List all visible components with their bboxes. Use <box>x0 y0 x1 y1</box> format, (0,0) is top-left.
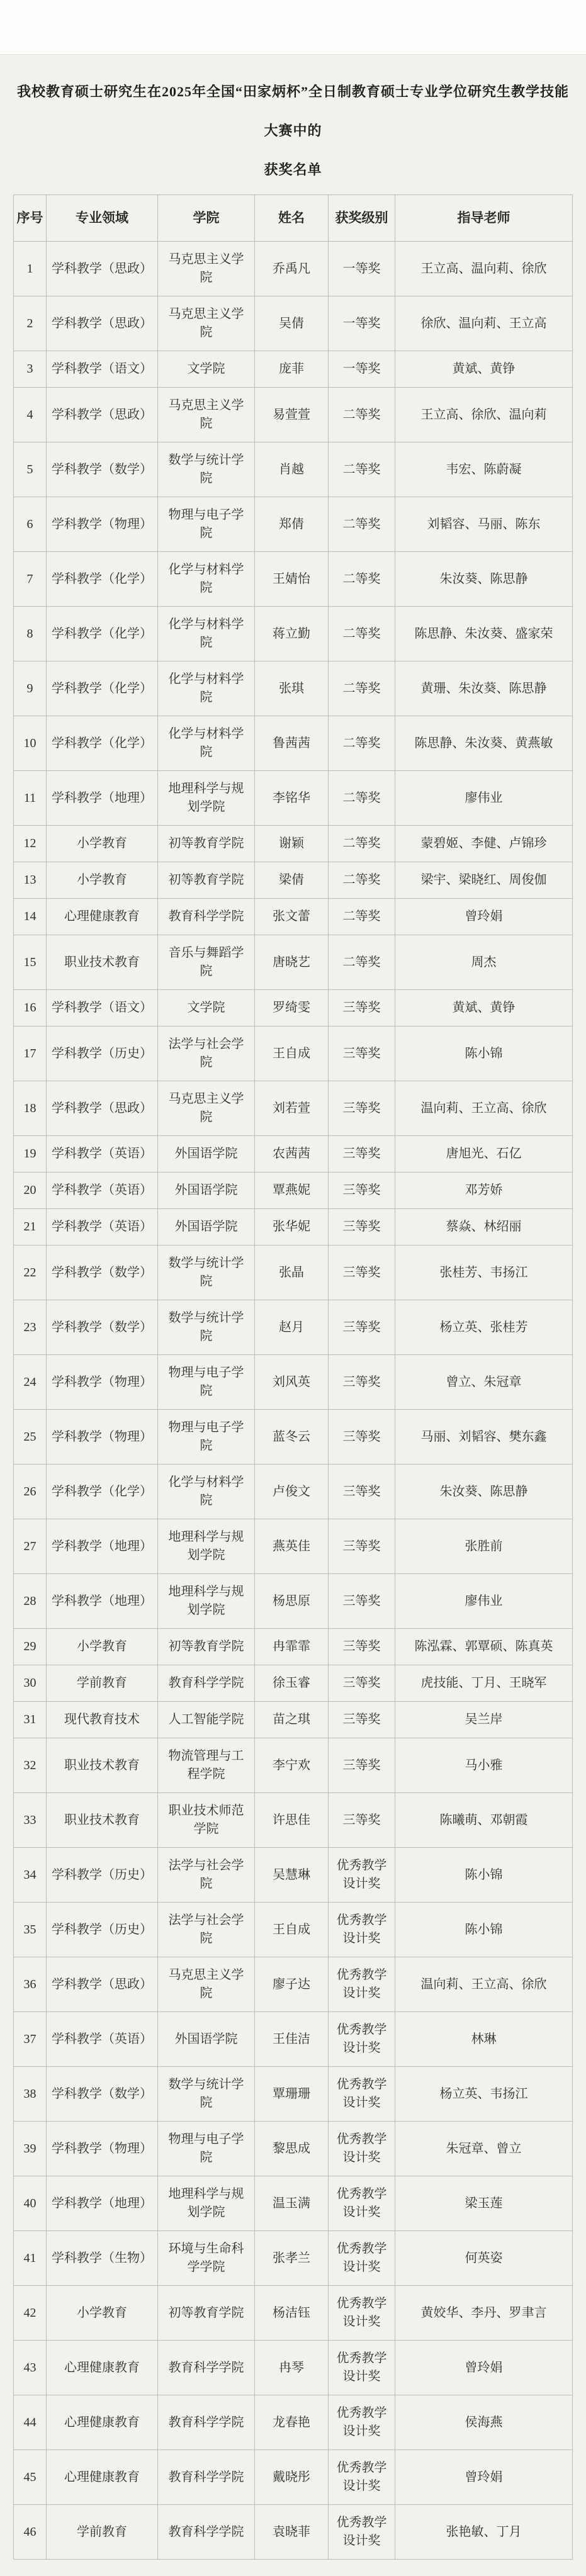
table-header-row: 序号专业领域学院姓名获奖级别指导老师 <box>14 195 573 242</box>
table-row: 31现代教育技术人工智能学院苗之琪三等奖吴兰岸 <box>14 1702 573 1738</box>
cell-index: 17 <box>14 1026 47 1081</box>
cell-index: 29 <box>14 1629 47 1665</box>
cell-college: 地理科学与规划学院 <box>158 771 255 826</box>
cell-advisors: 温向莉、王立高、徐欣 <box>395 1957 573 2012</box>
cell-advisors: 王立高、温向莉、徐欣 <box>395 242 573 296</box>
cell-field: 小学教育 <box>47 1629 158 1665</box>
cell-award: 二等奖 <box>329 607 395 661</box>
cell-field: 学科教学（化学） <box>47 661 158 716</box>
cell-name: 龙春艳 <box>255 2395 329 2450</box>
cell-index: 14 <box>14 899 47 935</box>
cell-college: 教育科学学院 <box>158 2341 255 2395</box>
cell-award: 三等奖 <box>329 1738 395 1793</box>
cell-advisors: 黄斌、黄铮 <box>395 351 573 388</box>
cell-advisors: 廖伟业 <box>395 771 573 826</box>
table-row: 29小学教育初等教育学院冉霏霏三等奖陈泓霖、郭覃硕、陈真英 <box>14 1629 573 1665</box>
cell-index: 37 <box>14 2012 47 2067</box>
cell-advisors: 刘韬容、马丽、陈东 <box>395 497 573 552</box>
cell-name: 冉霏霏 <box>255 1629 329 1665</box>
cell-name: 卢俊文 <box>255 1465 329 1519</box>
cell-index: 21 <box>14 1209 47 1246</box>
cell-college: 法学与社会学院 <box>158 1848 255 1903</box>
cell-name: 杨洁钰 <box>255 2286 329 2341</box>
table-row: 43心理健康教育教育科学学院冉琴优秀教学设计奖曾玲娟 <box>14 2341 573 2395</box>
awards-table: 序号专业领域学院姓名获奖级别指导老师 1学科教学（思政）马克思主义学院乔禹凡一等… <box>13 194 573 2560</box>
cell-college: 数学与统计学院 <box>158 1300 255 1355</box>
cell-college: 法学与社会学院 <box>158 1026 255 1081</box>
cell-award: 三等奖 <box>329 1519 395 1574</box>
cell-college: 物理与电子学院 <box>158 1410 255 1465</box>
cell-field: 心理健康教育 <box>47 2395 158 2450</box>
cell-name: 张华妮 <box>255 1209 329 1246</box>
cell-field: 学科教学（地理） <box>47 1574 158 1629</box>
cell-award: 二等奖 <box>329 552 395 607</box>
cell-advisors: 曾玲娟 <box>395 2450 573 2505</box>
cell-college: 化学与材料学院 <box>158 716 255 771</box>
cell-college: 化学与材料学院 <box>158 1465 255 1519</box>
table-row: 7学科教学（化学）化学与材料学院王婧怡二等奖朱汝葵、陈思静 <box>14 552 573 607</box>
cell-award: 二等奖 <box>329 771 395 826</box>
cell-field: 职业技术教育 <box>47 1738 158 1793</box>
cell-field: 学科教学（语文） <box>47 351 158 388</box>
cell-college: 马克思主义学院 <box>158 388 255 442</box>
cell-award: 优秀教学设计奖 <box>329 1848 395 1903</box>
cell-award: 优秀教学设计奖 <box>329 2122 395 2176</box>
cell-index: 6 <box>14 497 47 552</box>
table-row: 14心理健康教育教育科学学院张文蕾二等奖曾玲娟 <box>14 899 573 935</box>
cell-advisors: 邓芳娇 <box>395 1173 573 1209</box>
cell-name: 王佳洁 <box>255 2012 329 2067</box>
cell-advisors: 黄姣华、李丹、罗聿言 <box>395 2286 573 2341</box>
table-row: 21学科教学（英语）外国语学院张华妮三等奖蔡焱、林绍丽 <box>14 1209 573 1246</box>
cell-index: 13 <box>14 862 47 899</box>
cell-advisors: 蔡焱、林绍丽 <box>395 1209 573 1246</box>
cell-college: 职业技术师范学院 <box>158 1793 255 1848</box>
cell-index: 1 <box>14 242 47 296</box>
cell-index: 41 <box>14 2231 47 2286</box>
cell-index: 7 <box>14 552 47 607</box>
table-row: 4学科教学（思政）马克思主义学院易萱萱二等奖王立高、徐欣、温向莉 <box>14 388 573 442</box>
cell-advisors: 朱冠章、曾立 <box>395 2122 573 2176</box>
cell-index: 4 <box>14 388 47 442</box>
cell-index: 43 <box>14 2341 47 2395</box>
cell-advisors: 蒙碧姬、李健、卢锦珍 <box>395 826 573 862</box>
table-row: 33职业技术教育职业技术师范学院许思佳三等奖陈曦萌、邓朝霞 <box>14 1793 573 1848</box>
cell-index: 5 <box>14 442 47 497</box>
cell-name: 郑倩 <box>255 497 329 552</box>
cell-index: 2 <box>14 296 47 351</box>
cell-field: 学科教学（物理） <box>47 2122 158 2176</box>
cell-award: 优秀教学设计奖 <box>329 2012 395 2067</box>
cell-advisors: 杨立英、韦扬江 <box>395 2067 573 2122</box>
cell-index: 44 <box>14 2395 47 2450</box>
cell-advisors: 林琳 <box>395 2012 573 2067</box>
cell-name: 农茜茜 <box>255 1136 329 1173</box>
header-cell-name: 姓名 <box>255 195 329 242</box>
cell-college: 教育科学学院 <box>158 2395 255 2450</box>
cell-advisors: 陈小锦 <box>395 1848 573 1903</box>
document-title-line1: 我校教育硕士研究生在2025年全国“田家炳杯”全日制教育硕士专业学位研究生教学技… <box>14 72 573 150</box>
document-title-line2: 获奖名单 <box>14 150 573 189</box>
cell-field: 学科教学（思政） <box>47 388 158 442</box>
cell-award: 优秀教学设计奖 <box>329 2286 395 2341</box>
cell-field: 学科教学（历史） <box>47 1903 158 1957</box>
cell-advisors: 马小雅 <box>395 1738 573 1793</box>
cell-name: 张琪 <box>255 661 329 716</box>
cell-field: 学科教学（英语） <box>47 1173 158 1209</box>
cell-advisors: 张桂芳、韦扬江 <box>395 1246 573 1300</box>
cell-field: 学科教学（思政） <box>47 242 158 296</box>
cell-award: 二等奖 <box>329 935 395 990</box>
cell-college: 初等教育学院 <box>158 826 255 862</box>
cell-field: 学科教学（化学） <box>47 552 158 607</box>
cell-name: 许思佳 <box>255 1793 329 1848</box>
header-cell-college: 学院 <box>158 195 255 242</box>
cell-name: 廖子达 <box>255 1957 329 2012</box>
table-row: 8学科教学（化学）化学与材料学院蒋立勤二等奖陈思静、朱汝葵、盛家荣 <box>14 607 573 661</box>
cell-college: 数学与统计学院 <box>158 2067 255 2122</box>
table-row: 30学前教育教育科学学院徐玉睿三等奖虎技能、丁月、王晓军 <box>14 1665 573 1702</box>
cell-name: 袁晓菲 <box>255 2505 329 2560</box>
cell-field: 心理健康教育 <box>47 899 158 935</box>
cell-field: 学科教学（思政） <box>47 1957 158 2012</box>
table-row: 46学前教育教育科学学院袁晓菲优秀教学设计奖张艳敏、丁月 <box>14 2505 573 2560</box>
cell-award: 三等奖 <box>329 1136 395 1173</box>
cell-award: 三等奖 <box>329 990 395 1026</box>
cell-award: 二等奖 <box>329 826 395 862</box>
cell-field: 学科教学（化学） <box>47 1465 158 1519</box>
table-row: 3学科教学（语文）文学院庞菲一等奖黄斌、黄铮 <box>14 351 573 388</box>
cell-name: 张孝兰 <box>255 2231 329 2286</box>
cell-index: 39 <box>14 2122 47 2176</box>
cell-advisors: 周杰 <box>395 935 573 990</box>
cell-award: 一等奖 <box>329 296 395 351</box>
cell-advisors: 黄珊、朱汝葵、陈思静 <box>395 661 573 716</box>
table-row: 16学科教学（语文）文学院罗绮雯三等奖黄斌、黄铮 <box>14 990 573 1026</box>
cell-college: 马克思主义学院 <box>158 296 255 351</box>
cell-award: 优秀教学设计奖 <box>329 2067 395 2122</box>
cell-name: 吴倩 <box>255 296 329 351</box>
cell-college: 文学院 <box>158 351 255 388</box>
cell-college: 文学院 <box>158 990 255 1026</box>
table-row: 45心理健康教育教育科学学院戴晓彤优秀教学设计奖曾玲娟 <box>14 2450 573 2505</box>
cell-college: 教育科学学院 <box>158 2505 255 2560</box>
table-row: 40学科教学（地理）地理科学与规划学院温玉满优秀教学设计奖梁玉莲 <box>14 2176 573 2231</box>
cell-college: 物流管理与工程学院 <box>158 1738 255 1793</box>
cell-name: 徐玉睿 <box>255 1665 329 1702</box>
cell-award: 二等奖 <box>329 661 395 716</box>
cell-index: 20 <box>14 1173 47 1209</box>
cell-advisors: 陈小锦 <box>395 1026 573 1081</box>
top-margin-strip <box>0 0 586 54</box>
cell-index: 30 <box>14 1665 47 1702</box>
cell-index: 12 <box>14 826 47 862</box>
cell-index: 9 <box>14 661 47 716</box>
cell-award: 三等奖 <box>329 1355 395 1410</box>
table-row: 24学科教学（物理）物理与电子学院刘风英三等奖曾立、朱冠章 <box>14 1355 573 1410</box>
cell-award: 二等奖 <box>329 716 395 771</box>
cell-college: 马克思主义学院 <box>158 242 255 296</box>
cell-college: 外国语学院 <box>158 1173 255 1209</box>
cell-advisors: 梁玉莲 <box>395 2176 573 2231</box>
cell-college: 地理科学与规划学院 <box>158 2176 255 2231</box>
cell-college: 初等教育学院 <box>158 862 255 899</box>
cell-college: 物理与电子学院 <box>158 2122 255 2176</box>
cell-index: 8 <box>14 607 47 661</box>
cell-field: 学科教学（语文） <box>47 990 158 1026</box>
cell-index: 38 <box>14 2067 47 2122</box>
cell-field: 学科教学（物理） <box>47 1410 158 1465</box>
cell-college: 外国语学院 <box>158 1209 255 1246</box>
cell-college: 教育科学学院 <box>158 1665 255 1702</box>
cell-name: 蒋立勤 <box>255 607 329 661</box>
cell-index: 19 <box>14 1136 47 1173</box>
cell-college: 音乐与舞蹈学院 <box>158 935 255 990</box>
cell-index: 18 <box>14 1081 47 1136</box>
cell-award: 三等奖 <box>329 1702 395 1738</box>
table-row: 34学科教学（历史）法学与社会学院吴慧琳优秀教学设计奖陈小锦 <box>14 1848 573 1903</box>
cell-field: 学科教学（数学） <box>47 1246 158 1300</box>
cell-index: 42 <box>14 2286 47 2341</box>
cell-award: 优秀教学设计奖 <box>329 1957 395 2012</box>
cell-college: 马克思主义学院 <box>158 1081 255 1136</box>
cell-advisors: 吴兰岸 <box>395 1702 573 1738</box>
cell-index: 32 <box>14 1738 47 1793</box>
table-row: 13小学教育初等教育学院梁倩二等奖梁宇、梁晓红、周俊伽 <box>14 862 573 899</box>
cell-name: 蓝冬云 <box>255 1410 329 1465</box>
cell-award: 二等奖 <box>329 388 395 442</box>
cell-name: 唐晓艺 <box>255 935 329 990</box>
cell-award: 一等奖 <box>329 242 395 296</box>
cell-name: 王自成 <box>255 1026 329 1081</box>
cell-college: 初等教育学院 <box>158 2286 255 2341</box>
table-row: 11学科教学（地理）地理科学与规划学院李铭华二等奖廖伟业 <box>14 771 573 826</box>
cell-field: 学科教学（数学） <box>47 2067 158 2122</box>
table-row: 26学科教学（化学）化学与材料学院卢俊文三等奖朱汝葵、陈思静 <box>14 1465 573 1519</box>
table-row: 12小学教育初等教育学院谢颖二等奖蒙碧姬、李健、卢锦珍 <box>14 826 573 862</box>
header-cell-advisors: 指导老师 <box>395 195 573 242</box>
cell-name: 乔禹凡 <box>255 242 329 296</box>
cell-index: 22 <box>14 1246 47 1300</box>
cell-award: 三等奖 <box>329 1246 395 1300</box>
table-row: 39学科教学（物理）物理与电子学院黎思成优秀教学设计奖朱冠章、曾立 <box>14 2122 573 2176</box>
cell-award: 三等奖 <box>329 1629 395 1665</box>
cell-name: 冉琴 <box>255 2341 329 2395</box>
cell-name: 赵月 <box>255 1300 329 1355</box>
cell-advisors: 张胜前 <box>395 1519 573 1574</box>
cell-award: 三等奖 <box>329 1081 395 1136</box>
cell-award: 优秀教学设计奖 <box>329 2231 395 2286</box>
cell-index: 46 <box>14 2505 47 2560</box>
cell-award: 优秀教学设计奖 <box>329 1903 395 1957</box>
cell-name: 谢颖 <box>255 826 329 862</box>
cell-index: 36 <box>14 1957 47 2012</box>
cell-index: 10 <box>14 716 47 771</box>
cell-field: 学科教学（化学） <box>47 607 158 661</box>
cell-index: 16 <box>14 990 47 1026</box>
cell-award: 三等奖 <box>329 1793 395 1848</box>
document-paper: 我校教育硕士研究生在2025年全国“田家炳杯”全日制教育硕士专业学位研究生教学技… <box>0 54 586 2576</box>
header-cell-award: 获奖级别 <box>329 195 395 242</box>
cell-award: 优秀教学设计奖 <box>329 2341 395 2395</box>
cell-field: 职业技术教育 <box>47 1793 158 1848</box>
cell-advisors: 唐旭光、石亿 <box>395 1136 573 1173</box>
cell-field: 学科教学（数学） <box>47 442 158 497</box>
table-row: 1学科教学（思政）马克思主义学院乔禹凡一等奖王立高、温向莉、徐欣 <box>14 242 573 296</box>
table-row: 27学科教学（地理）地理科学与规划学院燕英佳三等奖张胜前 <box>14 1519 573 1574</box>
cell-award: 三等奖 <box>329 1465 395 1519</box>
cell-field: 学科教学（英语） <box>47 2012 158 2067</box>
cell-name: 易萱萱 <box>255 388 329 442</box>
cell-name: 覃珊珊 <box>255 2067 329 2122</box>
cell-college: 化学与材料学院 <box>158 661 255 716</box>
cell-college: 物理与电子学院 <box>158 497 255 552</box>
document-title: 我校教育硕士研究生在2025年全国“田家炳杯”全日制教育硕士专业学位研究生教学技… <box>14 55 573 189</box>
cell-award: 二等奖 <box>329 899 395 935</box>
cell-college: 教育科学学院 <box>158 899 255 935</box>
table-row: 19学科教学（英语）外国语学院农茜茜三等奖唐旭光、石亿 <box>14 1136 573 1173</box>
table-row: 5学科教学（数学）数学与统计学院肖越二等奖韦宏、陈蔚凝 <box>14 442 573 497</box>
cell-name: 张晶 <box>255 1246 329 1300</box>
cell-index: 31 <box>14 1702 47 1738</box>
cell-index: 34 <box>14 1848 47 1903</box>
cell-index: 15 <box>14 935 47 990</box>
cell-award: 三等奖 <box>329 1026 395 1081</box>
cell-college: 外国语学院 <box>158 2012 255 2067</box>
cell-name: 鲁茜茜 <box>255 716 329 771</box>
cell-college: 数学与统计学院 <box>158 442 255 497</box>
cell-award: 优秀教学设计奖 <box>329 2176 395 2231</box>
cell-name: 戴晓彤 <box>255 2450 329 2505</box>
cell-index: 33 <box>14 1793 47 1848</box>
cell-advisors: 朱汝葵、陈思静 <box>395 552 573 607</box>
cell-advisors: 陈思静、朱汝葵、盛家荣 <box>395 607 573 661</box>
header-cell-index: 序号 <box>14 195 47 242</box>
cell-field: 心理健康教育 <box>47 2341 158 2395</box>
table-row: 6学科教学（物理）物理与电子学院郑倩二等奖刘韬容、马丽、陈东 <box>14 497 573 552</box>
cell-field: 现代教育技术 <box>47 1702 158 1738</box>
cell-advisors: 虎技能、丁月、王晓军 <box>395 1665 573 1702</box>
cell-advisors: 朱汝葵、陈思静 <box>395 1465 573 1519</box>
table-row: 9学科教学（化学）化学与材料学院张琪二等奖黄珊、朱汝葵、陈思静 <box>14 661 573 716</box>
cell-name: 庞菲 <box>255 351 329 388</box>
cell-field: 学科教学（地理） <box>47 2176 158 2231</box>
cell-index: 25 <box>14 1410 47 1465</box>
table-row: 44心理健康教育教育科学学院龙春艳优秀教学设计奖侯海燕 <box>14 2395 573 2450</box>
cell-advisors: 廖伟业 <box>395 1574 573 1629</box>
cell-index: 26 <box>14 1465 47 1519</box>
cell-award: 三等奖 <box>329 1665 395 1702</box>
cell-college: 初等教育学院 <box>158 1629 255 1665</box>
cell-college: 外国语学院 <box>158 1136 255 1173</box>
cell-index: 24 <box>14 1355 47 1410</box>
cell-field: 小学教育 <box>47 2286 158 2341</box>
cell-field: 学科教学（地理） <box>47 1519 158 1574</box>
cell-name: 温玉满 <box>255 2176 329 2231</box>
cell-award: 三等奖 <box>329 1209 395 1246</box>
cell-field: 职业技术教育 <box>47 935 158 990</box>
table-row: 2学科教学（思政）马克思主义学院吴倩一等奖徐欣、温向莉、王立高 <box>14 296 573 351</box>
cell-college: 教育科学学院 <box>158 2450 255 2505</box>
cell-award: 三等奖 <box>329 1300 395 1355</box>
cell-index: 23 <box>14 1300 47 1355</box>
table-row: 41学科教学（生物）环境与生命科学学院张孝兰优秀教学设计奖何英姿 <box>14 2231 573 2286</box>
cell-college: 马克思主义学院 <box>158 1957 255 2012</box>
cell-name: 罗绮雯 <box>255 990 329 1026</box>
cell-college: 地理科学与规划学院 <box>158 1519 255 1574</box>
cell-index: 11 <box>14 771 47 826</box>
cell-advisors: 侯海燕 <box>395 2395 573 2450</box>
cell-award: 二等奖 <box>329 497 395 552</box>
table-row: 15职业技术教育音乐与舞蹈学院唐晓艺二等奖周杰 <box>14 935 573 990</box>
cell-name: 李铭华 <box>255 771 329 826</box>
cell-field: 学科教学（思政） <box>47 1081 158 1136</box>
cell-field: 学科教学（思政） <box>47 296 158 351</box>
cell-field: 学科教学（地理） <box>47 771 158 826</box>
table-row: 28学科教学（地理）地理科学与规划学院杨思原三等奖廖伟业 <box>14 1574 573 1629</box>
header-cell-field: 专业领域 <box>47 195 158 242</box>
cell-name: 苗之琪 <box>255 1702 329 1738</box>
cell-field: 学科教学（物理） <box>47 497 158 552</box>
cell-award: 优秀教学设计奖 <box>329 2395 395 2450</box>
cell-award: 一等奖 <box>329 351 395 388</box>
cell-award: 优秀教学设计奖 <box>329 2450 395 2505</box>
cell-advisors: 王立高、徐欣、温向莉 <box>395 388 573 442</box>
cell-advisors: 曾玲娟 <box>395 2341 573 2395</box>
table-row: 37学科教学（英语）外国语学院王佳洁优秀教学设计奖林琳 <box>14 2012 573 2067</box>
cell-advisors: 黄斌、黄铮 <box>395 990 573 1026</box>
cell-field: 学前教育 <box>47 1665 158 1702</box>
cell-name: 梁倩 <box>255 862 329 899</box>
cell-name: 刘风英 <box>255 1355 329 1410</box>
cell-index: 3 <box>14 351 47 388</box>
cell-college: 地理科学与规划学院 <box>158 1574 255 1629</box>
table-row: 38学科教学（数学）数学与统计学院覃珊珊优秀教学设计奖杨立英、韦扬江 <box>14 2067 573 2122</box>
cell-college: 物理与电子学院 <box>158 1355 255 1410</box>
cell-advisors: 何英姿 <box>395 2231 573 2286</box>
cell-college: 数学与统计学院 <box>158 1246 255 1300</box>
cell-name: 张文蕾 <box>255 899 329 935</box>
cell-name: 王自成 <box>255 1903 329 1957</box>
cell-advisors: 杨立英、张桂芳 <box>395 1300 573 1355</box>
cell-name: 刘若萱 <box>255 1081 329 1136</box>
cell-name: 燕英佳 <box>255 1519 329 1574</box>
cell-field: 学科教学（生物） <box>47 2231 158 2286</box>
cell-field: 学科教学（数学） <box>47 1300 158 1355</box>
cell-name: 杨思原 <box>255 1574 329 1629</box>
cell-advisors: 梁宇、梁晓红、周俊伽 <box>395 862 573 899</box>
table-row: 20学科教学（英语）外国语学院覃燕妮三等奖邓芳娇 <box>14 1173 573 1209</box>
cell-advisors: 张艳敏、丁月 <box>395 2505 573 2560</box>
cell-advisors: 陈思静、朱汝葵、黄燕敏 <box>395 716 573 771</box>
cell-college: 法学与社会学院 <box>158 1903 255 1957</box>
cell-name: 王婧怡 <box>255 552 329 607</box>
table-row: 18学科教学（思政）马克思主义学院刘若萱三等奖温向莉、王立高、徐欣 <box>14 1081 573 1136</box>
cell-advisors: 温向莉、王立高、徐欣 <box>395 1081 573 1136</box>
cell-index: 40 <box>14 2176 47 2231</box>
cell-field: 学前教育 <box>47 2505 158 2560</box>
cell-award: 优秀教学设计奖 <box>329 2505 395 2560</box>
cell-field: 学科教学（英语） <box>47 1209 158 1246</box>
cell-advisors: 韦宏、陈蔚凝 <box>395 442 573 497</box>
cell-advisors: 曾立、朱冠章 <box>395 1355 573 1410</box>
cell-index: 28 <box>14 1574 47 1629</box>
cell-college: 环境与生命科学学院 <box>158 2231 255 2286</box>
cell-advisors: 陈泓霖、郭覃硕、陈真英 <box>395 1629 573 1665</box>
cell-award: 三等奖 <box>329 1173 395 1209</box>
cell-award: 三等奖 <box>329 1574 395 1629</box>
table-row: 22学科教学（数学）数学与统计学院张晶三等奖张桂芳、韦扬江 <box>14 1246 573 1300</box>
